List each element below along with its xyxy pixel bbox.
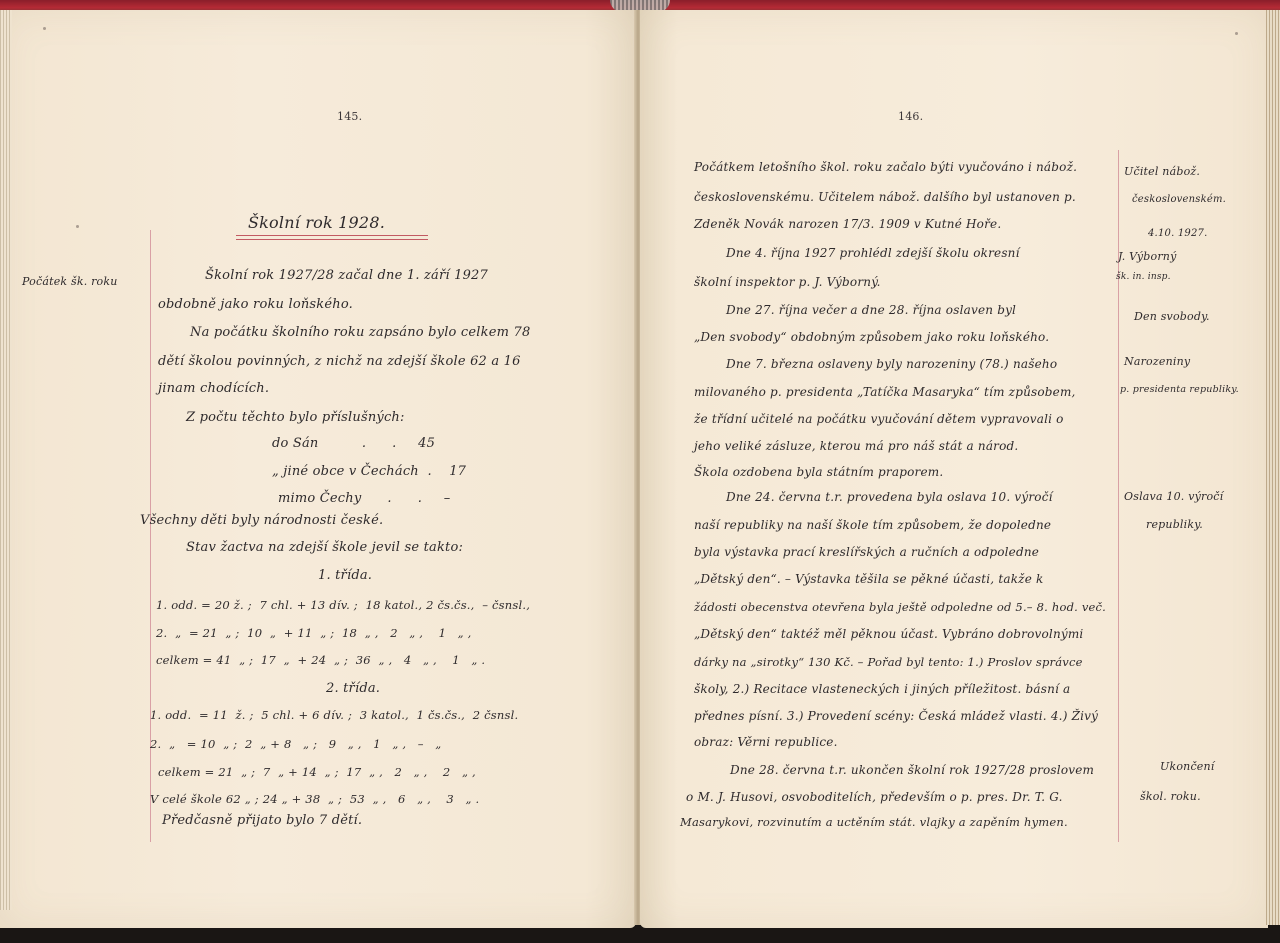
margin-note: šk. in. insp. <box>1116 272 1171 282</box>
text-line: přednes písní. 3.) Provedení scény: Česk… <box>694 709 1098 723</box>
paper-speck <box>76 225 79 228</box>
paper-speck <box>43 27 46 30</box>
table-row: celkem = 21 „ ; 7 „ + 14 „ ; 17 „ , 2 „ … <box>158 765 476 779</box>
text-line: naší republiky na naší škole tím způsobe… <box>694 518 1051 532</box>
text-line: Všechny děti byly národnosti české. <box>140 513 383 528</box>
text-line: Předčasně přijato bylo 7 dětí. <box>162 813 362 828</box>
text-line: jinam chodících. <box>158 381 269 396</box>
text-line: Dne 24. června t.r. provedena byla oslav… <box>726 490 1053 504</box>
margin-note: p. presidenta republiky. <box>1120 384 1239 395</box>
table-row: 1. odd. = 11 ž. ; 5 chl. + 6 dív. ; 3 ka… <box>150 708 518 722</box>
section-heading: 1. třída. <box>318 568 372 583</box>
table-row: 2. „ = 21 „ ; 10 „ + 11 „ ; 18 „ , 2 „ ,… <box>156 626 472 640</box>
text-line: školy, 2.) Recitace vlasteneckých i jiný… <box>694 682 1070 696</box>
margin-note: 4.10. 1927. <box>1148 228 1207 239</box>
text-line: československému. Učitelem nábož. dalšíh… <box>694 190 1076 204</box>
margin-note: Oslava 10. výročí <box>1124 490 1223 503</box>
table-row: celkem = 41 „ ; 17 „ + 24 „ ; 36 „ , 4 „… <box>156 653 485 667</box>
text-line: mimo Čechy . . – <box>278 491 450 506</box>
margin-note: československém. <box>1132 194 1226 205</box>
text-line: Stav žactva na zdejší škole jevil se tak… <box>186 540 463 555</box>
text-line: Školní rok 1927/28 začal dne 1. září 192… <box>205 268 488 283</box>
margin-note: Učitel nábož. <box>1124 165 1200 178</box>
text-line: obraz: Věrni republice. <box>694 735 838 749</box>
text-line: žádosti obecenstva otevřena byla ještě o… <box>694 600 1106 614</box>
text-line: jeho veliké zásluze, kterou má pro náš s… <box>694 439 1018 453</box>
margin-note: Den svobody. <box>1134 310 1210 323</box>
table-row: V celé škole 62 „ ; 24 „ + 38 „ ; 53 „ ,… <box>150 792 479 806</box>
text-line: Dne 4. října 1927 prohlédl zdejší školu … <box>726 246 1020 260</box>
page-number-left: 145. <box>337 110 362 123</box>
text-line: dětí školou povinných, z nichž na zdejší… <box>158 354 521 369</box>
text-line: Dne 27. října večer a dne 28. října osla… <box>726 303 1016 317</box>
margin-note: Ukončení <box>1160 760 1215 773</box>
title-underline <box>236 235 428 240</box>
margin-note: republiky. <box>1146 518 1203 531</box>
text-line: milovaného p. presidenta „Tatíčka Masary… <box>694 385 1076 399</box>
text-line: Škola ozdobena byla státním praporem. <box>694 465 943 479</box>
text-line: Dne 28. června t.r. ukončen školní rok 1… <box>730 763 1094 777</box>
margin-note: J. Výborný <box>1118 250 1176 263</box>
table-row: 1. odd. = 20 ž. ; 7 chl. + 13 dív. ; 18 … <box>156 598 530 612</box>
text-line: že třídní učitelé na počátku vyučování d… <box>694 412 1064 426</box>
left-page-edges <box>0 10 12 910</box>
text-line: byla výstavka prací kreslířských a ruční… <box>694 545 1039 559</box>
text-line: Zdeněk Novák narozen 17/3. 1909 v Kutné … <box>694 217 1001 231</box>
section-heading: 2. třída. <box>326 681 380 696</box>
text-line: Z počtu těchto bylo příslušných: <box>186 410 405 425</box>
text-line: do Sán . . 45 <box>272 436 435 451</box>
table-row: 2. „ = 10 „ ; 2 „ + 8 „ ; 9 „ , 1 „ , – … <box>150 737 441 751</box>
margin-note: škol. roku. <box>1140 790 1201 803</box>
text-line: „Den svobody“ obdobným způsobem jako rok… <box>694 330 1049 344</box>
paper-speck <box>1235 32 1238 35</box>
text-line: o M. J. Husovi, osvoboditelích, předevší… <box>686 790 1063 804</box>
page-title: Školní rok 1928. <box>248 213 385 232</box>
margin-note: Narozeniny <box>1124 355 1190 368</box>
page-number-right: 146. <box>898 110 923 123</box>
text-line: „Dětský den“. – Výstavka těšila se pěkné… <box>694 572 1044 586</box>
text-line: „ jiné obce v Čechách . 17 <box>272 464 466 479</box>
text-line: Počátkem letošního škol. roku začalo být… <box>694 160 1077 174</box>
margin-note: Počátek šk. roku <box>22 275 118 288</box>
text-line: Dne 7. března oslaveny byly narozeniny (… <box>726 357 1057 371</box>
text-line: Masarykovi, rozvinutím a uctěním stát. v… <box>680 815 1068 829</box>
text-line: obdobně jako roku loňského. <box>158 297 353 312</box>
text-line: školní inspektor p. J. Výborný. <box>694 275 881 289</box>
right-page-edges <box>1266 10 1280 925</box>
text-line: dárky na „sirotky“ 130 Kč. – Pořad byl t… <box>694 655 1083 669</box>
text-line: „Dětský den“ taktéž měl pěknou účast. Vy… <box>694 627 1083 641</box>
text-line: Na počátku školního roku zapsáno bylo ce… <box>190 325 530 340</box>
